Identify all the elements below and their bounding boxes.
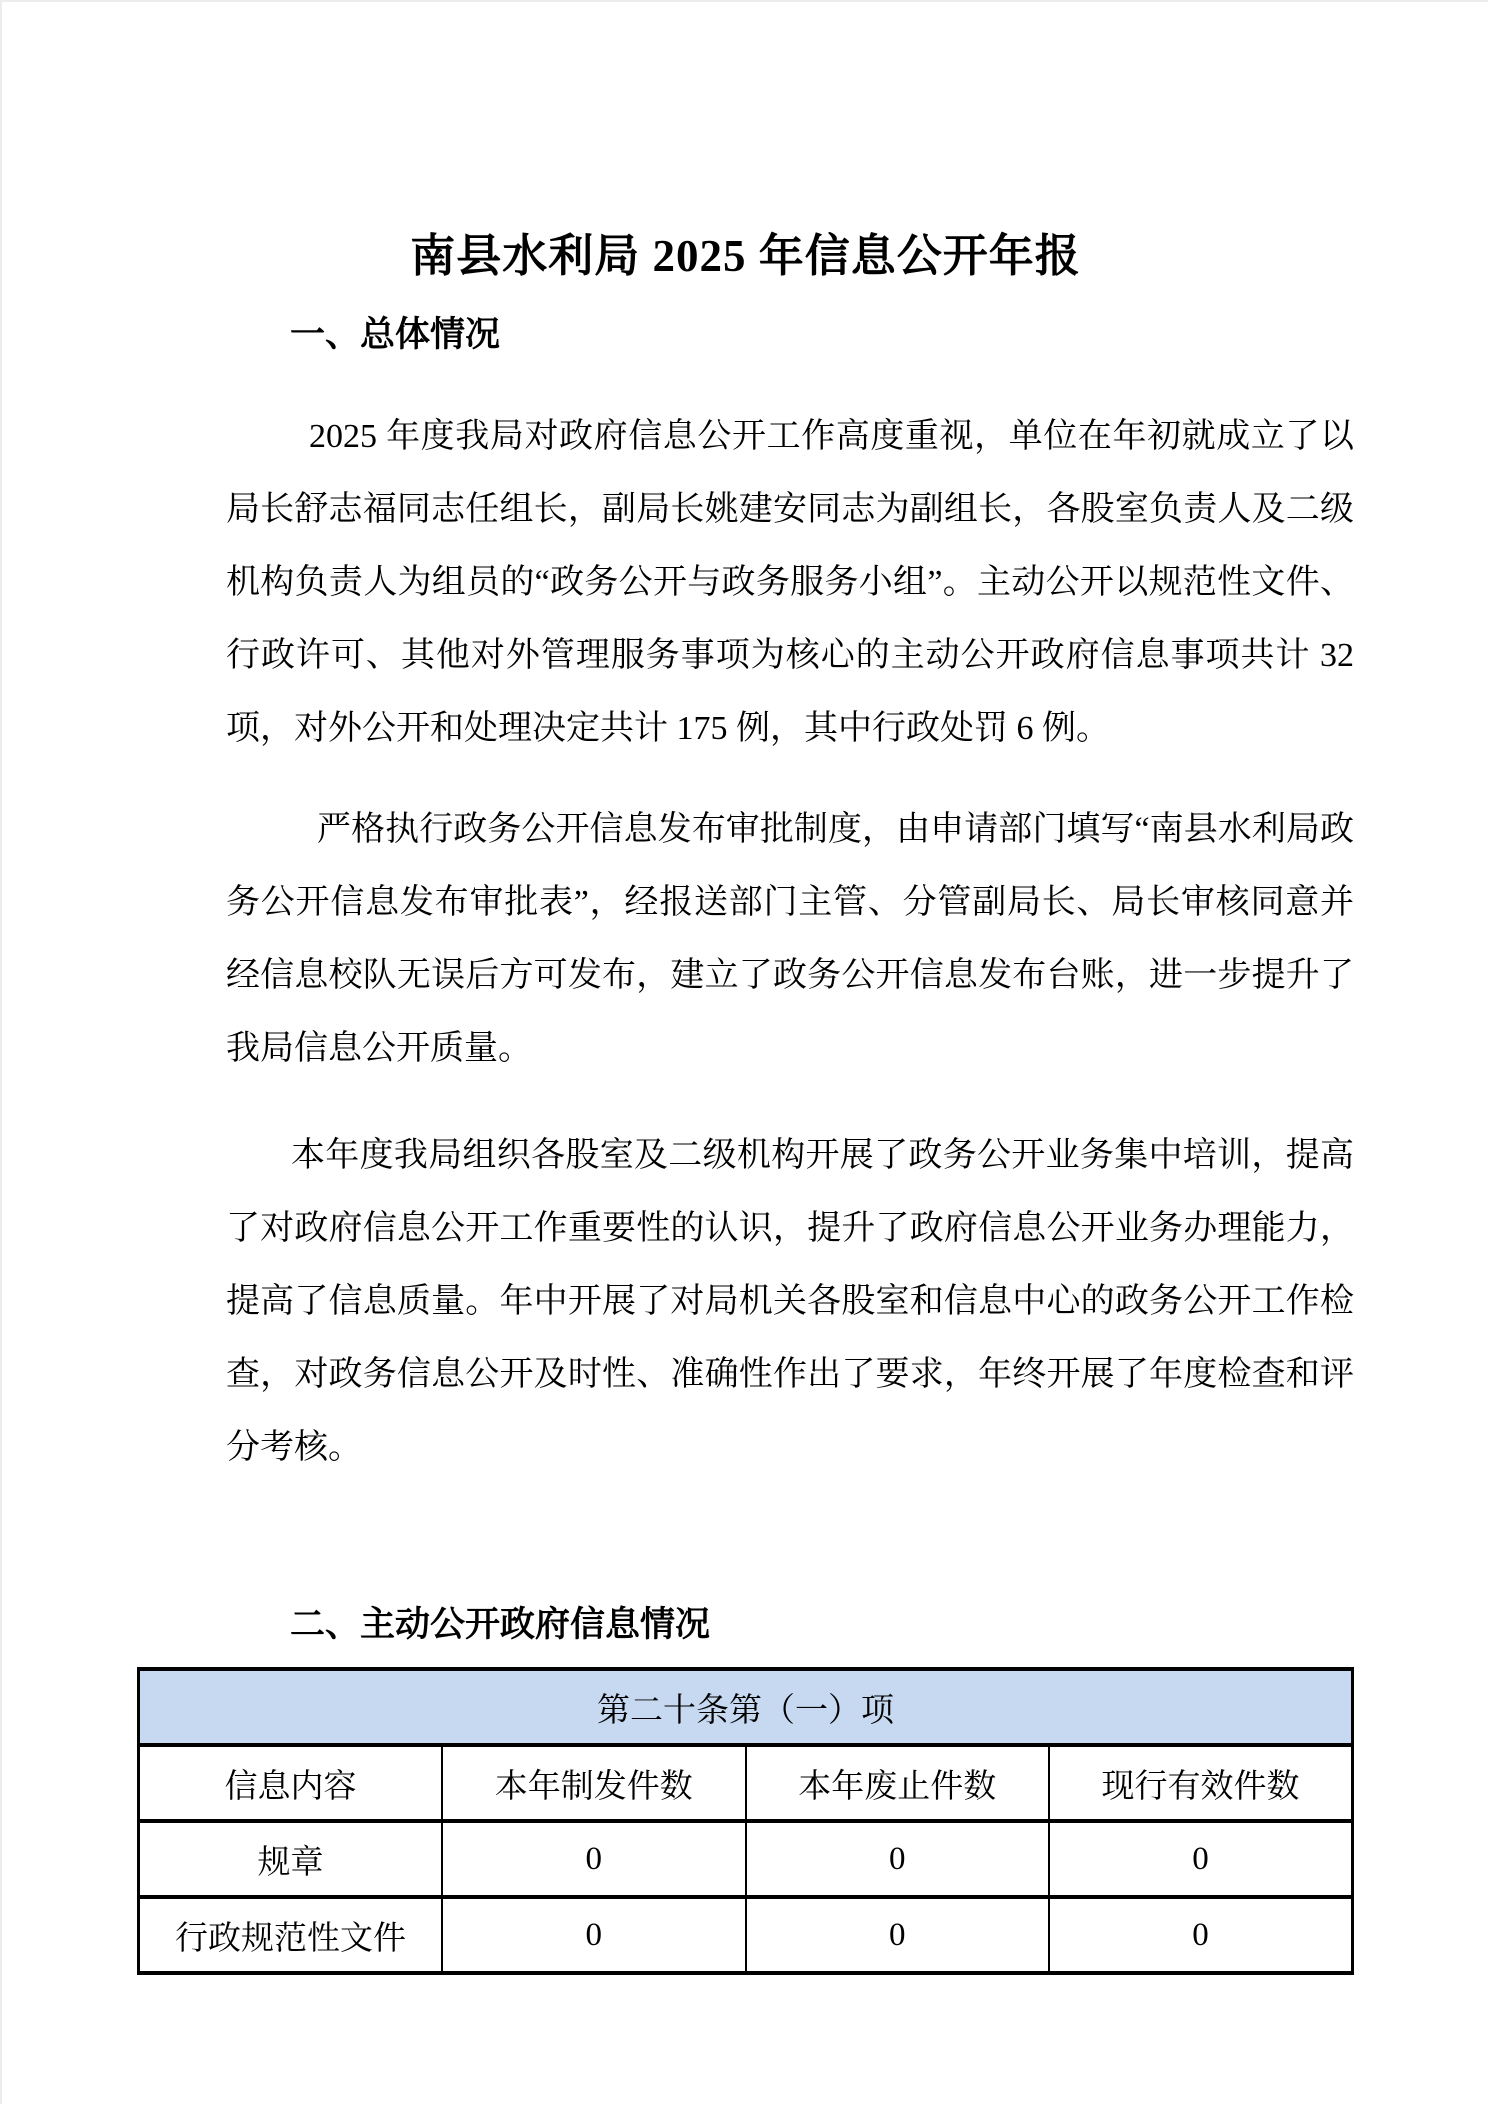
row-label: 行政规范性文件 (139, 1897, 443, 1973)
table-column-header-row: 信息内容 本年制发件数 本年废止件数 现行有效件数 (139, 1745, 1353, 1821)
column-header-issued-this-year: 本年制发件数 (442, 1745, 746, 1821)
document-body: 一、总体情况 2025 年度我局对政府信息公开工作高度重视，单位在年初就成立了以… (226, 310, 1354, 1650)
cell-value: 0 (746, 1821, 1050, 1897)
column-header-info-content: 信息内容 (139, 1745, 443, 1821)
disclosure-table: 第二十条第（一）项 信息内容 本年制发件数 本年废止件数 现行有效件数 规章 0… (137, 1667, 1354, 1975)
cell-value: 0 (1049, 1897, 1353, 1973)
cell-value: 0 (442, 1821, 746, 1897)
table-span-header: 第二十条第（一）项 (139, 1669, 1353, 1745)
report-page: 南县水利局 2025 年信息公开年报 一、总体情况 2025 年度我局对政府信息… (0, 0, 1488, 2104)
table-span-header-row: 第二十条第（一）项 (139, 1669, 1353, 1745)
column-header-currently-valid: 现行有效件数 (1049, 1745, 1353, 1821)
section-heading-proactive-disclosure: 二、主动公开政府信息情况 (290, 1600, 1354, 1650)
cell-value: 0 (746, 1897, 1050, 1973)
paragraph-overview-2: 严格执行政务公开信息发布审批制度，由申请部门填写“南县水利局政务公开信息发布审批… (226, 793, 1354, 1085)
document-title: 南县水利局 2025 年信息公开年报 (137, 2, 1354, 282)
row-label: 规章 (139, 1821, 443, 1897)
paragraph-overview-1: 2025 年度我局对政府信息公开工作高度重视，单位在年初就成立了以局长舒志福同志… (226, 400, 1354, 765)
cell-value: 0 (1049, 1821, 1353, 1897)
cell-value: 0 (442, 1897, 746, 1973)
paragraph-overview-3: 本年度我局组织各股室及二级机构开展了政务公开业务集中培训，提高了对政府信息公开工… (226, 1119, 1354, 1484)
column-header-repealed-this-year: 本年废止件数 (746, 1745, 1050, 1821)
table-row-normative-documents: 行政规范性文件 0 0 0 (139, 1897, 1353, 1973)
section-heading-overview: 一、总体情况 (290, 310, 1354, 360)
table-row-regulations: 规章 0 0 0 (139, 1821, 1353, 1897)
